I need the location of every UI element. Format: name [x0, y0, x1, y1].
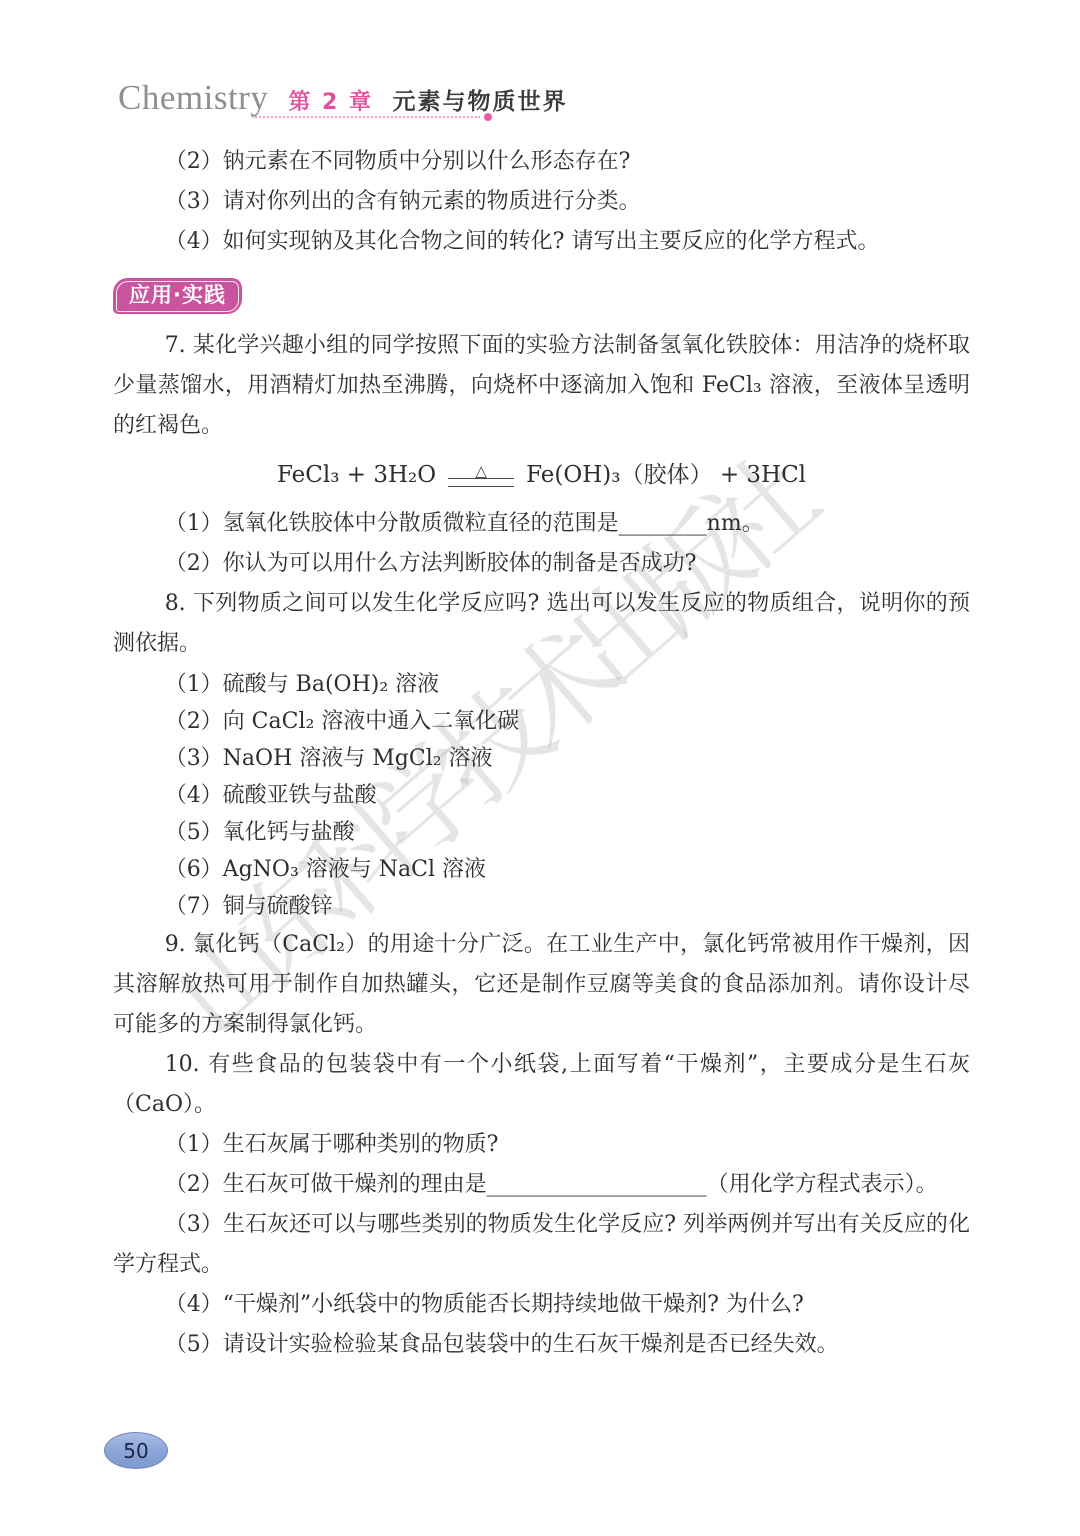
intro-item: （4）如何实现钠及其化合物之间的转化? 请写出主要反应的化学方程式。 [113, 222, 970, 262]
question-8-item: （1）硫酸与 Ba(OH)₂ 溶液 [113, 666, 970, 703]
equation-rhs: Fe(OH)₃（胶体） + 3HCl [526, 452, 806, 498]
question-10-subitem: （3）生石灰还可以与哪些类别的物质发生化学反应? 列举两例并写出有关反应的化学方… [113, 1205, 970, 1285]
rule-end-dot [484, 113, 492, 121]
question-7-subitem: （1）氢氧化铁胶体中分散质微粒直径的范围是________nm。 [113, 504, 970, 544]
equation-lhs: FeCl₃ + 3H₂O [277, 452, 436, 498]
page-number-badge: 50 [104, 1432, 168, 1469]
chapter-title: 元素与物质世界 [393, 89, 568, 115]
equation-condition-sign: △ [448, 464, 514, 487]
double-equals-line [448, 478, 514, 487]
question-10-subitem: （4）“干燥剂”小纸袋中的物质能否长期持续地做干燥剂? 为什么? [113, 1285, 970, 1325]
brand-chemistry: Chemistry [118, 78, 268, 118]
question-10-subitem: （5）请设计实验检验某食品包装袋中的生石灰干燥剂是否已经失效。 [113, 1325, 970, 1365]
chapter-heading: 第 2 章 元素与物质世界 [288, 83, 567, 116]
delta-heat-icon: △ [475, 464, 487, 478]
intro-item: （3）请对你列出的含有钠元素的物质进行分类。 [113, 182, 970, 222]
question-8-item: （7）铜与硫酸锌 [113, 888, 970, 925]
question-8-item: （5）氧化钙与盐酸 [113, 814, 970, 851]
question-8-item: （3）NaOH 溶液与 MgCl₂ 溶液 [113, 740, 970, 777]
page-body: （2）钠元素在不同物质中分别以什么形态存在? （3）请对你列出的含有钠元素的物质… [113, 142, 970, 1365]
section-badge-apply-practice: 应用·实践 [113, 278, 242, 314]
chemical-equation: FeCl₃ + 3H₂O △ Fe(OH)₃（胶体） + 3HCl [113, 452, 970, 498]
question-7-text: 7. 某化学兴趣小组的同学按照下面的实验方法制备氢氧化铁胶体：用洁净的烧杯取少量… [113, 326, 970, 446]
chapter-number: 第 2 章 [288, 90, 373, 115]
intro-item: （2）钠元素在不同物质中分别以什么形态存在? [113, 142, 970, 182]
header-dotted-rule [252, 116, 480, 118]
page-header: Chemistry 第 2 章 元素与物质世界 [118, 78, 568, 118]
question-10-subitem: （1）生石灰属于哪种类别的物质? [113, 1125, 970, 1165]
question-7-subitem: （2）你认为可以用什么方法判断胶体的制备是否成功? [113, 544, 970, 584]
question-8-text: 8. 下列物质之间可以发生化学反应吗? 选出可以发生反应的物质组合，说明你的预测… [113, 584, 970, 664]
question-10-subitem: （2）生石灰可做干燥剂的理由是____________________（用化学方… [113, 1165, 970, 1205]
question-10-text: 10. 有些食品的包装袋中有一个小纸袋,上面写着“干燥剂”，主要成分是生石灰（C… [113, 1045, 970, 1125]
section-badge-row: 应用·实践 [113, 278, 970, 314]
question-8-item: （2）向 CaCl₂ 溶液中通入二氧化碳 [113, 703, 970, 740]
textbook-page: 山东科学技术出版社 Chemistry 第 2 章 元素与物质世界 （2）钠元素… [0, 0, 1080, 1536]
question-8-item: （6）AgNO₃ 溶液与 NaCl 溶液 [113, 851, 970, 888]
question-8-item: （4）硫酸亚铁与盐酸 [113, 777, 970, 814]
question-8-list: （1）硫酸与 Ba(OH)₂ 溶液 （2）向 CaCl₂ 溶液中通入二氧化碳 （… [113, 666, 970, 925]
question-9-text: 9. 氯化钙（CaCl₂）的用途十分广泛。在工业生产中，氯化钙常被用作干燥剂，因… [113, 925, 970, 1045]
